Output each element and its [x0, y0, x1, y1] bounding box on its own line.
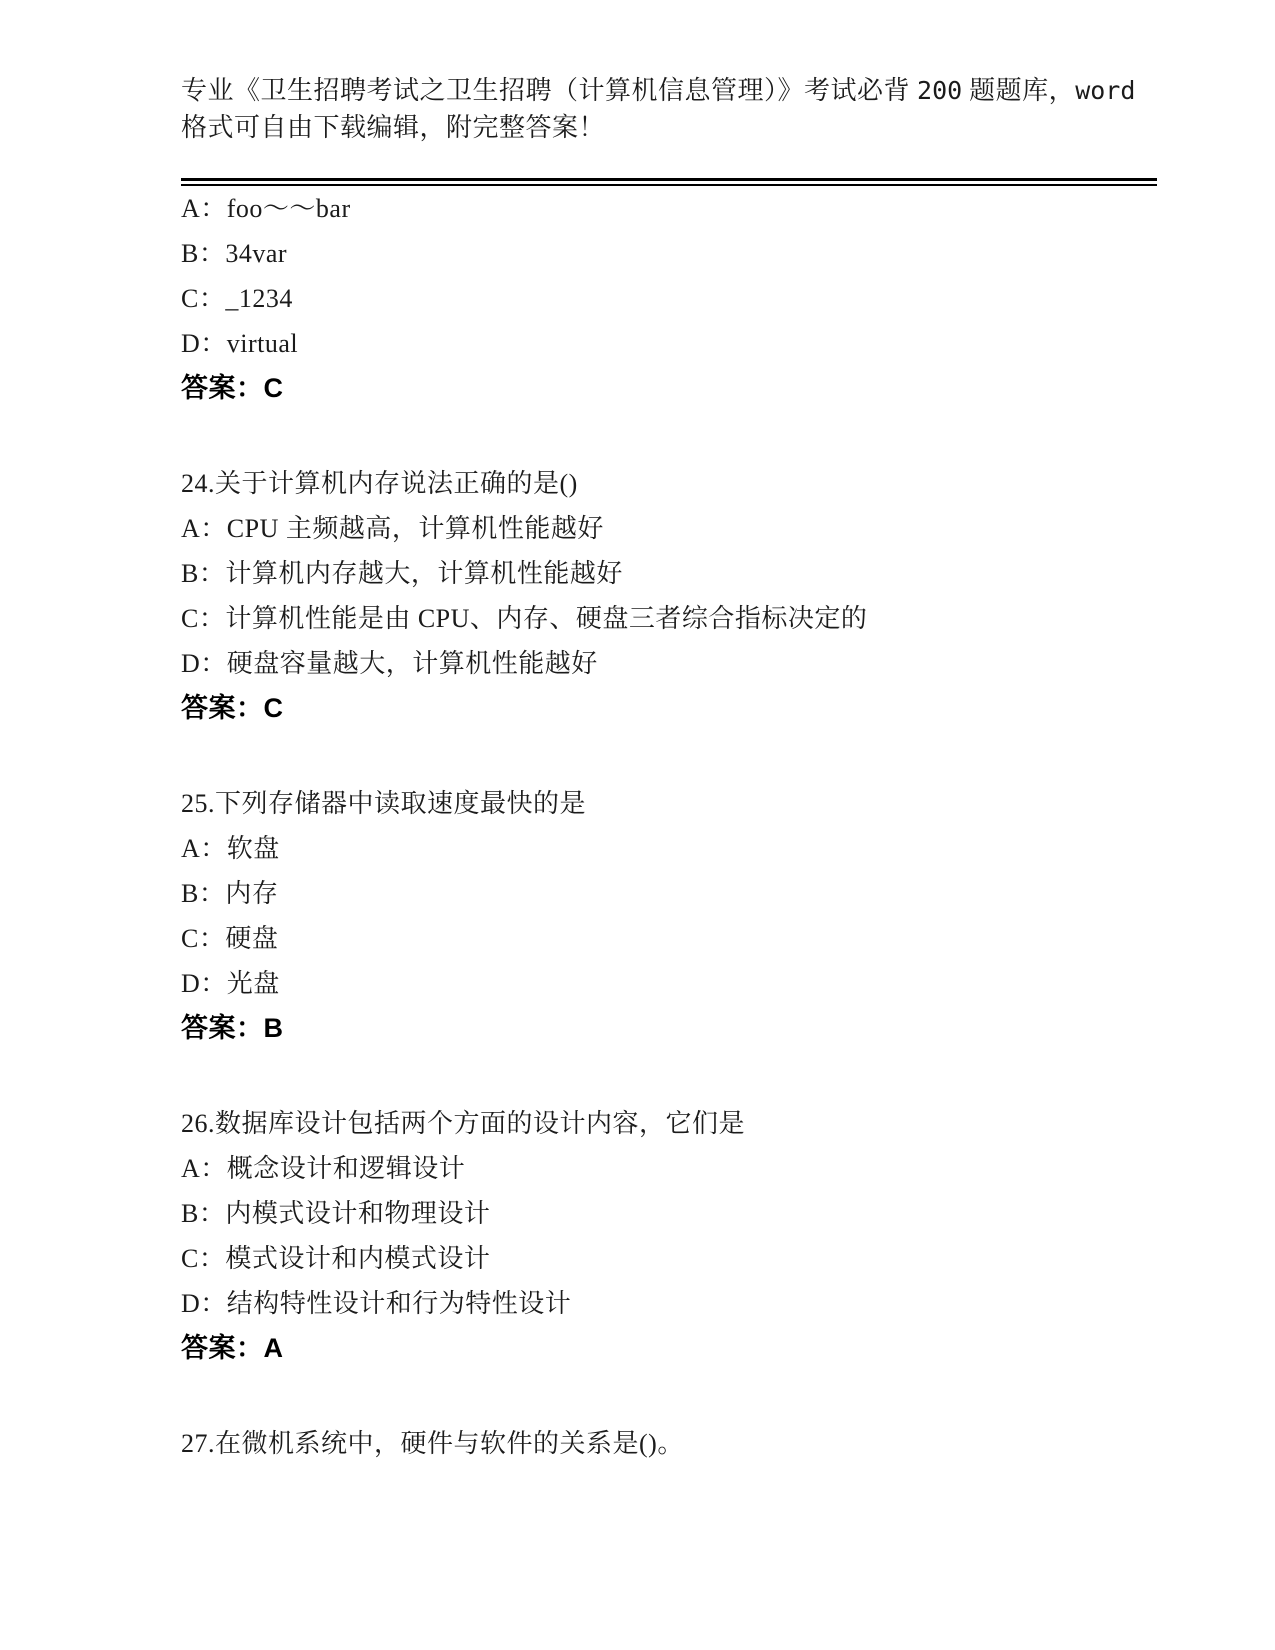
option-c: C：硬盘: [181, 916, 1163, 961]
question-text: 26.数据库设计包括两个方面的设计内容，它们是: [181, 1101, 1163, 1146]
header-line-2: 格式可自由下载编辑，附完整答案！: [181, 109, 1163, 146]
question-section-tail: A：foo～～bar B：34var C：_1234 D：virtual 答案：…: [181, 186, 1163, 411]
option-b: B：计算机内存越大，计算机性能越好: [181, 551, 1163, 596]
option-d: D：virtual: [181, 321, 1163, 366]
question-section-27: 27.在微机系统中，硬件与软件的关系是()。: [181, 1421, 1163, 1466]
option-b: B：内模式设计和物理设计: [181, 1191, 1163, 1236]
question-text: 24.关于计算机内存说法正确的是(): [181, 461, 1163, 506]
option-a: A：概念设计和逻辑设计: [181, 1146, 1163, 1191]
option-c: C：模式设计和内模式设计: [181, 1236, 1163, 1281]
header-format-word: word: [1075, 76, 1135, 105]
answer-text: 答案：C: [181, 366, 1163, 411]
document-header: 专业《卫生招聘考试之卫生招聘（计算机信息管理）》考试必背 200 题题库，wor…: [181, 72, 1163, 146]
question-section-26: 26.数据库设计包括两个方面的设计内容，它们是 A：概念设计和逻辑设计 B：内模…: [181, 1101, 1163, 1371]
question-section-24: 24.关于计算机内存说法正确的是() A：CPU 主频越高，计算机性能越好 B：…: [181, 461, 1163, 731]
document-page: { "page": { "background": "#ffffff", "te…: [0, 0, 1275, 1650]
option-d: D：硬盘容量越大，计算机性能越好: [181, 641, 1163, 686]
option-a: A：CPU 主频越高，计算机性能越好: [181, 506, 1163, 551]
option-b: B：34var: [181, 231, 1163, 276]
answer-text: 答案：C: [181, 686, 1163, 731]
header-question-count: 200: [917, 76, 962, 105]
question-text: 25.下列存储器中读取速度最快的是: [181, 781, 1163, 826]
document-content: 专业《卫生招聘考试之卫生招聘（计算机信息管理）》考试必背 200 题题库，wor…: [181, 0, 1163, 1466]
option-a: A：foo～～bar: [181, 186, 1163, 231]
header-text: 专业《卫生招聘考试之卫生招聘（计算机信息管理）》考试必背: [181, 76, 917, 105]
question-section-25: 25.下列存储器中读取速度最快的是 A：软盘 B：内存 C：硬盘 D：光盘 答案…: [181, 781, 1163, 1051]
question-text: 27.在微机系统中，硬件与软件的关系是()。: [181, 1421, 1163, 1466]
option-c: C：计算机性能是由 CPU、内存、硬盘三者综合指标决定的: [181, 596, 1163, 641]
answer-text: 答案：B: [181, 1006, 1163, 1051]
option-c: C：_1234: [181, 276, 1163, 321]
option-a: A：软盘: [181, 826, 1163, 871]
header-line-1: 专业《卫生招聘考试之卫生招聘（计算机信息管理）》考试必背 200 题题库，wor…: [181, 72, 1163, 109]
option-d: D：结构特性设计和行为特性设计: [181, 1281, 1163, 1326]
double-rule-divider: [181, 178, 1157, 186]
option-d: D：光盘: [181, 961, 1163, 1006]
option-b: B：内存: [181, 871, 1163, 916]
header-text: 题题库，: [962, 76, 1075, 105]
answer-text: 答案：A: [181, 1326, 1163, 1371]
